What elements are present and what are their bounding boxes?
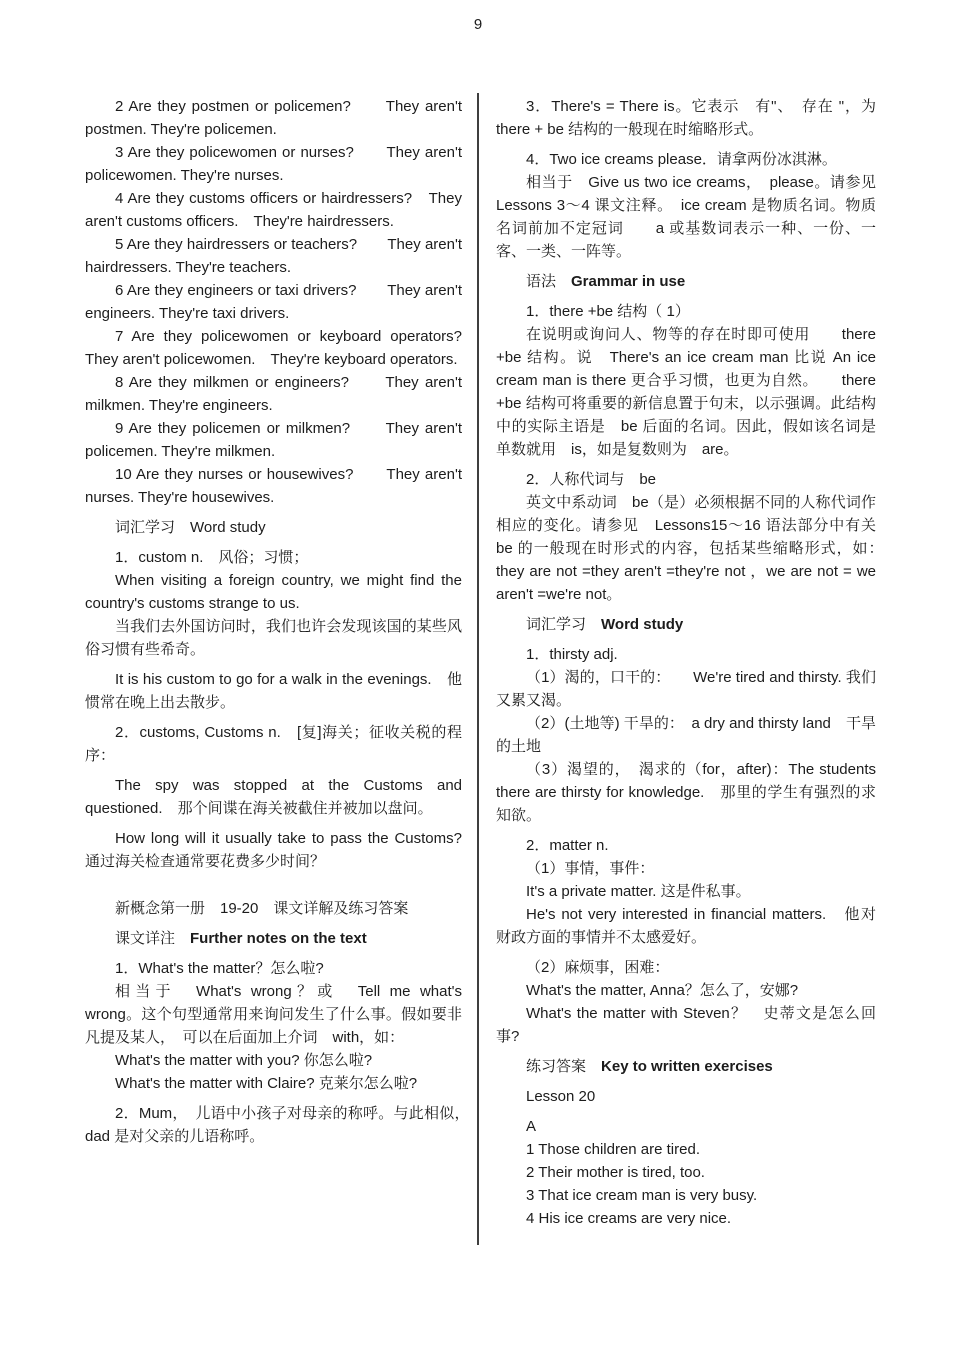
paragraph: Lesson 20 [496, 1085, 876, 1108]
paragraph: 相当于 What's wrong？或 Tell me what's wrong。… [85, 980, 462, 1049]
text-segment: A [526, 1118, 536, 1135]
paragraph: 2．matter n. [496, 834, 876, 857]
text-segment: What's the matter with Claire? 克莱尔怎么啦? [115, 1075, 417, 1092]
text-segment: 课文详注 [115, 930, 190, 947]
text-segment: 7 Are they policewomen or keyboard opera… [85, 328, 477, 368]
text-segment: 10 Are they nurses or housewives? They a… [85, 466, 462, 506]
text-segment: 2 Their mother is tired, too. [526, 1164, 705, 1181]
text-segment: 当我们去外国访问时，我们也许会发现该国的某些风俗习惯有些希奇。 [85, 618, 462, 658]
paragraph: A [496, 1115, 876, 1138]
paragraph: The spy was stopped at the Customs and q… [85, 774, 462, 820]
text-segment: What's the matter with Steven？ 史蒂文是怎么回事? [496, 1005, 876, 1045]
paragraph: What's the matter with Claire? 克莱尔怎么啦? [85, 1072, 462, 1095]
text-segment: 3 That ice cream man is very busy. [526, 1187, 757, 1204]
text-segment: 3．There's = There is。它表示 有"、 存在 "，为 ther… [496, 98, 876, 138]
text-segment: 英文中系动词 be（是）必须根据不同的人称代词作相应的变化。请参见 Lesson… [496, 494, 891, 603]
paragraph: 2 Are they postmen or policemen? They ar… [85, 95, 462, 141]
paragraph: 新概念第一册 19-20 课文详解及练习答案 [85, 897, 462, 920]
right-column: 3．There's = There is。它表示 有"、 存在 "，为 ther… [496, 95, 876, 1230]
paragraph: 1．there +be 结构（ 1） [496, 300, 876, 323]
paragraph: 4．Two ice creams please．请拿两份冰淇淋。 [496, 148, 876, 171]
text-segment: 3 Are they policewomen or nurses? They a… [85, 144, 462, 184]
paragraph: 语法 Grammar in use [496, 270, 876, 293]
text-segment: 1．custom n. 风俗；习惯； [115, 549, 308, 566]
text-segment: Key to written exercises [601, 1058, 773, 1075]
text-segment: 2．Mum， 儿语中小孩子对母亲的称呼。与此相似， dad 是对父亲的儿语称呼。 [85, 1105, 477, 1145]
text-segment: 5 Are they hairdressers or teachers? The… [85, 236, 462, 276]
paragraph: 1 Those children are tired. [496, 1138, 876, 1161]
text-segment: 词汇学习 Word study [115, 519, 266, 536]
text-segment: 9 Are they policemen or milkmen? They ar… [85, 420, 462, 460]
text-segment: 新概念第一册 19-20 课文详解及练习答案 [115, 900, 408, 917]
text-segment: 相当于 What's wrong？或 Tell me what's wrong。… [85, 983, 462, 1046]
paragraph: 5 Are they hairdressers or teachers? The… [85, 233, 462, 279]
text-segment: 4 His ice creams are very nice. [526, 1210, 731, 1227]
paragraph: 3 Are they policewomen or nurses? They a… [85, 141, 462, 187]
paragraph: 词汇学习 Word study [496, 613, 876, 636]
paragraph: How long will it usually take to pass th… [85, 827, 462, 873]
paragraph: What's the matter with you? 你怎么啦? [85, 1049, 462, 1072]
paragraph: 2 Their mother is tired, too. [496, 1161, 876, 1184]
text-segment: 词汇学习 [526, 616, 601, 633]
paragraph: 2．customs, Customs n. [复]海关；征收关税的程序： [85, 721, 462, 767]
text-segment: 在说明或询问人、物等的存在时即可使用 there +be 结构。说 There'… [496, 326, 876, 458]
paragraph: （1）渴的，口干的： We're tired and thirsty. 我们又累… [496, 666, 876, 712]
text-segment: He's not very interested in financial ma… [496, 906, 876, 946]
text-segment: 2 Are they postmen or policemen? They ar… [85, 98, 462, 138]
text-segment: It's a private matter. 这是件私事。 [526, 883, 751, 900]
text-segment: It is his custom to go for a walk in the… [85, 671, 462, 711]
text-segment: 2．matter n. [526, 837, 609, 854]
text-segment: 练习答案 [526, 1058, 601, 1075]
text-segment: 8 Are they milkmen or engineers? They ar… [85, 374, 462, 414]
text-segment: What's the matter, Anna？怎么了，安娜? [526, 982, 798, 999]
paragraph: He's not very interested in financial ma… [496, 903, 876, 949]
paragraph: 3 That ice cream man is very busy. [496, 1184, 876, 1207]
text-segment: Further notes on the text [190, 930, 367, 947]
text-segment: 2．人称代词与 be [526, 471, 656, 488]
text-segment: 1．thirsty adj. [526, 646, 618, 663]
column-divider [477, 93, 479, 1245]
paragraph: 2．Mum， 儿语中小孩子对母亲的称呼。与此相似， dad 是对父亲的儿语称呼。 [85, 1102, 462, 1148]
text-segment: （1）事情，事件： [526, 860, 654, 877]
text-segment: Word study [601, 616, 683, 633]
text-segment: 1．What's the matter？怎么啦? [115, 960, 324, 977]
text-segment: 4．Two ice creams please．请拿两份冰淇淋。 [526, 151, 837, 168]
document-page: 9 2 Are they postmen or policemen? They … [0, 0, 956, 1353]
paragraph: 4 Are they customs officers or hairdress… [85, 187, 462, 233]
text-segment: 2．customs, Customs n. [复]海关；征收关税的程序： [85, 724, 462, 764]
paragraph: It's a private matter. 这是件私事。 [496, 880, 876, 903]
paragraph: 词汇学习 Word study [85, 516, 462, 539]
text-segment: 1．there +be 结构（ 1） [526, 303, 690, 320]
paragraph: 4 His ice creams are very nice. [496, 1207, 876, 1230]
paragraph: 1．thirsty adj. [496, 643, 876, 666]
text-segment: Lesson 20 [526, 1088, 595, 1105]
paragraph: 当我们去外国访问时，我们也许会发现该国的某些风俗习惯有些希奇。 [85, 615, 462, 661]
left-column: 2 Are they postmen or policemen? They ar… [85, 95, 462, 1148]
paragraph: What's the matter, Anna？怎么了，安娜? [496, 979, 876, 1002]
text-segment: The spy was stopped at the Customs and q… [85, 777, 462, 817]
text-segment: （2）麻烦事，困难： [526, 959, 669, 976]
text-segment: （2）(土地等) 干旱的： a dry and thirsty land 干旱的… [496, 715, 876, 755]
text-segment: How long will it usually take to pass th… [85, 830, 477, 870]
paragraph: （3）渴望的， 渴求的（for，after)：The students ther… [496, 758, 876, 827]
paragraph: 1．custom n. 风俗；习惯； [85, 546, 462, 569]
paragraph: 3．There's = There is。它表示 有"、 存在 "，为 ther… [496, 95, 876, 141]
paragraph: （2）麻烦事，困难： [496, 956, 876, 979]
page-number: 9 [0, 16, 956, 33]
text-segment: 4 Are they customs officers or hairdress… [85, 190, 462, 230]
paragraph: 英文中系动词 be（是）必须根据不同的人称代词作相应的变化。请参见 Lesson… [496, 491, 876, 606]
paragraph: 相当于 Give us two ice creams， please。请参见 L… [496, 171, 876, 263]
paragraph: 10 Are they nurses or housewives? They a… [85, 463, 462, 509]
paragraph: 6 Are they engineers or taxi drivers? Th… [85, 279, 462, 325]
paragraph: 2．人称代词与 be [496, 468, 876, 491]
text-segment: When visiting a foreign country, we migh… [85, 572, 462, 612]
paragraph: 7 Are they policewomen or keyboard opera… [85, 325, 462, 371]
text-segment: Grammar in use [571, 273, 685, 290]
paragraph: When visiting a foreign country, we migh… [85, 569, 462, 615]
text-segment: What's the matter with you? 你怎么啦? [115, 1052, 372, 1069]
paragraph: 练习答案 Key to written exercises [496, 1055, 876, 1078]
text-segment: 语法 [526, 273, 571, 290]
text-segment: 相当于 Give us two ice creams， please。请参见 L… [496, 174, 876, 260]
paragraph: 在说明或询问人、物等的存在时即可使用 there +be 结构。说 There'… [496, 323, 876, 461]
paragraph: 8 Are they milkmen or engineers? They ar… [85, 371, 462, 417]
paragraph: 9 Are they policemen or milkmen? They ar… [85, 417, 462, 463]
paragraph: （2）(土地等) 干旱的： a dry and thirsty land 干旱的… [496, 712, 876, 758]
paragraph: What's the matter with Steven？ 史蒂文是怎么回事? [496, 1002, 876, 1048]
paragraph: It is his custom to go for a walk in the… [85, 668, 462, 714]
paragraph: 1．What's the matter？怎么啦? [85, 957, 462, 980]
text-segment: （1）渴的，口干的： We're tired and thirsty. 我们又累… [496, 669, 876, 709]
paragraph: （1）事情，事件： [496, 857, 876, 880]
paragraph: 课文详注 Further notes on the text [85, 927, 462, 950]
text-segment: 6 Are they engineers or taxi drivers? Th… [85, 282, 462, 322]
text-segment: （3）渴望的， 渴求的（for，after)：The students ther… [496, 761, 876, 824]
text-segment: 1 Those children are tired. [526, 1141, 700, 1158]
